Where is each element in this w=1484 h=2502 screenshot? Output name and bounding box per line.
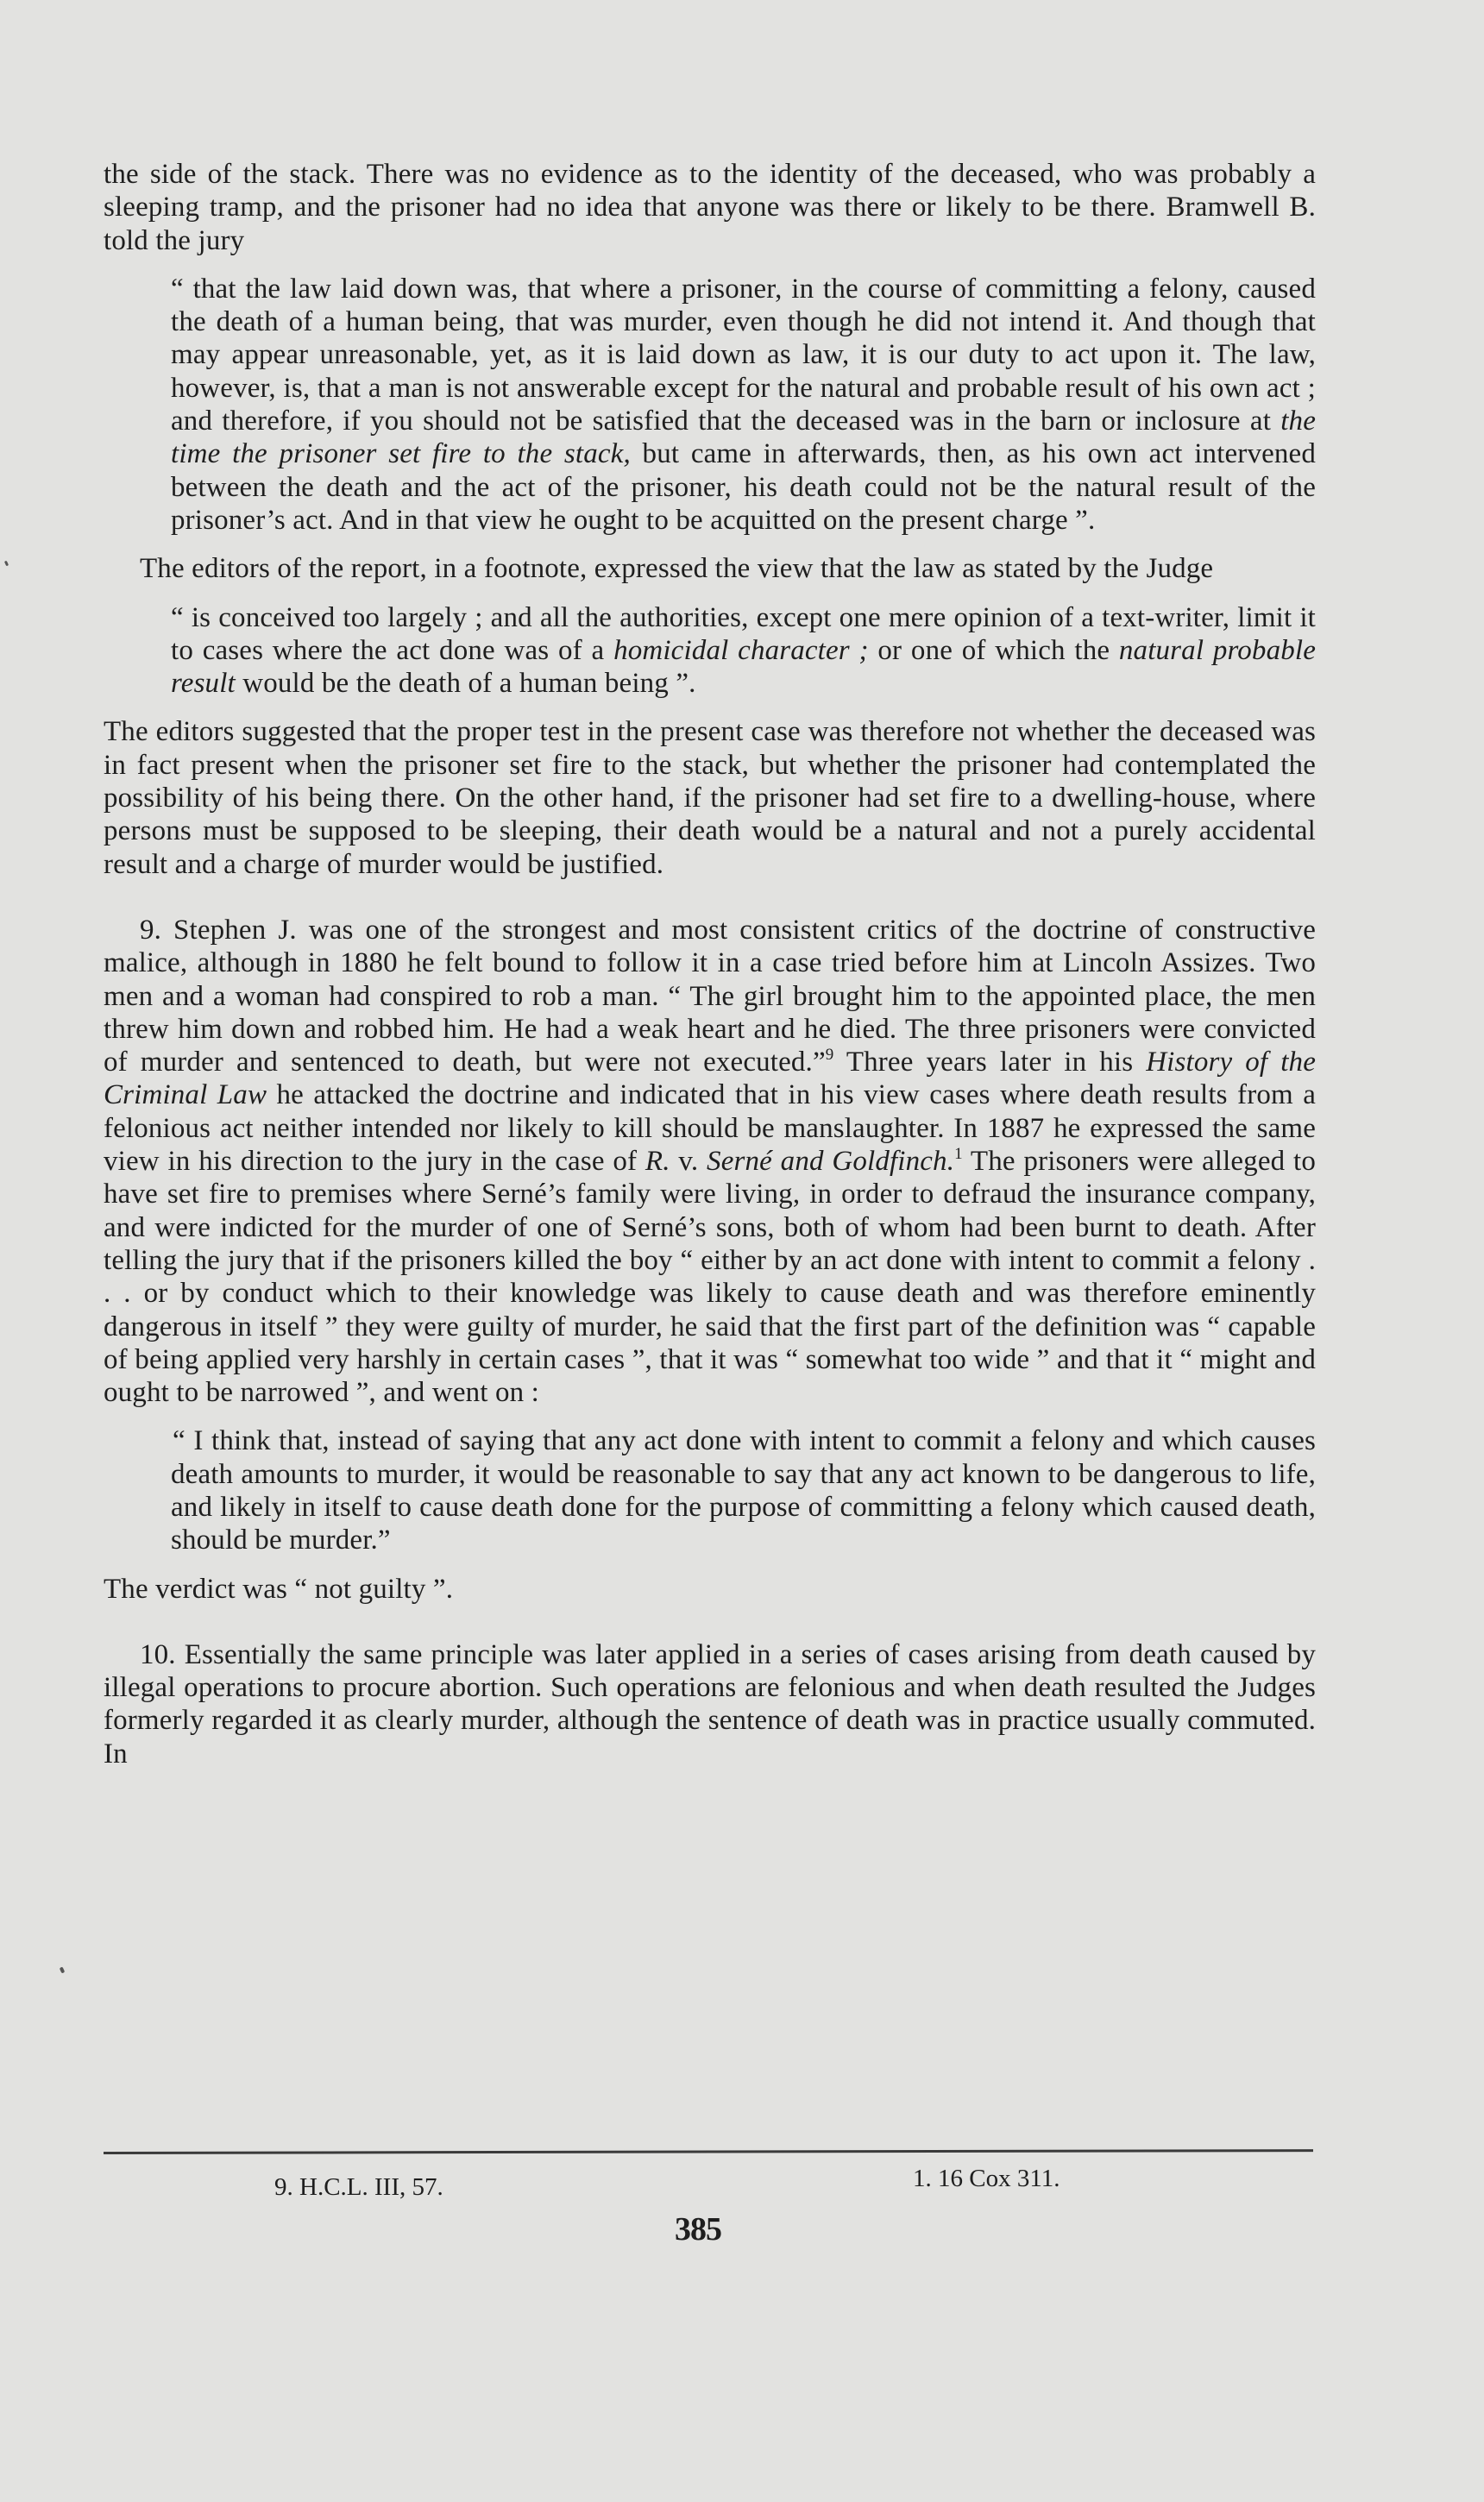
footnote-9: 9. H.C.L. III, 57. [274, 2172, 443, 2202]
paragraph-text: The prisoners were alleged to have set f… [104, 1146, 1316, 1408]
quote-stephen-direction: “ I think that, instead of saying that a… [171, 1424, 1316, 1556]
quote-text: or one of which the [869, 635, 1119, 666]
case-name-part: Serné and Goldfinch. [707, 1146, 954, 1177]
footnote-divider [104, 2149, 1313, 2154]
quote-text: would be the death of a human being ”. [236, 668, 696, 699]
quote-editors-footnote: “ is conceived too largely ; and all the… [171, 601, 1316, 701]
footnote-1: 1. 16 Cox 311. [913, 2164, 1060, 2193]
paper-speck [60, 1966, 66, 1973]
quote-emphasis: homicidal character ; [613, 635, 869, 666]
footnote-ref-1[interactable]: 1 [954, 1145, 963, 1163]
footnote-ref-9[interactable]: 9 [826, 1046, 834, 1064]
page-number: 385 [675, 2210, 721, 2248]
paragraph-10-abortion: 10. Essentially the same principle was l… [104, 1638, 1316, 1770]
paragraph-stack-fire: the side of the stack. There was no evid… [104, 158, 1316, 257]
paragraph-verdict: The verdict was “ not guilty ”. [104, 1573, 1316, 1606]
page-body: the side of the stack. There was no evid… [104, 158, 1316, 1770]
paragraph-9-stephen: 9. Stephen J. was one of the strongest a… [104, 914, 1316, 1409]
quote-text: “ that the law laid down was, that where… [171, 273, 1316, 437]
paragraph-text: Three years later in his [833, 1047, 1146, 1078]
paper-speck [4, 561, 9, 567]
paragraph-editors-suggestion: The editors suggested that the proper te… [104, 715, 1316, 880]
quote-bramwell-direction: “ that the law laid down was, that where… [171, 273, 1316, 537]
paragraph-text: v. [670, 1146, 707, 1177]
case-name-part: R. [645, 1146, 670, 1177]
paragraph-editors-view: The editors of the report, in a footnote… [104, 552, 1316, 585]
